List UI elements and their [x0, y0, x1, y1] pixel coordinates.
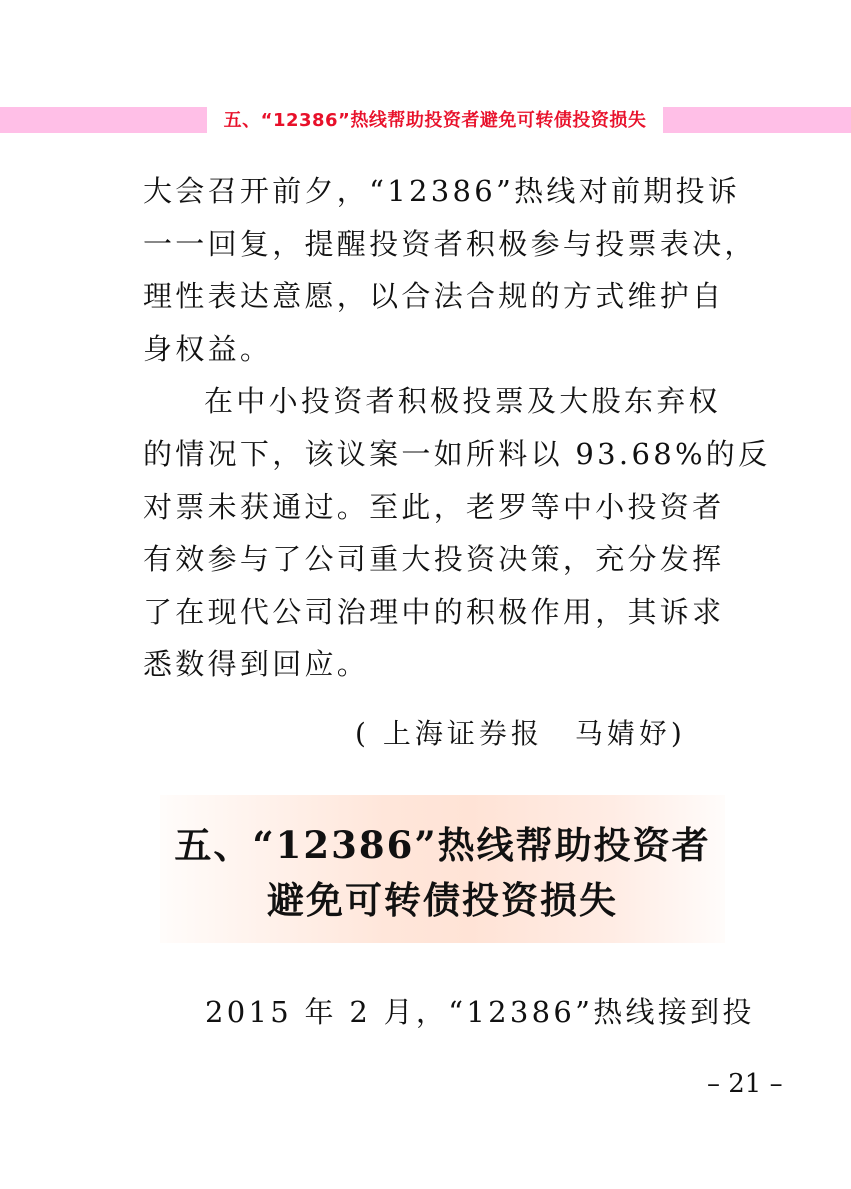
text-line: 一一回复，提醒投资者积极参与投票表决，	[143, 218, 735, 271]
header-band-right	[663, 107, 851, 133]
text-line: 的情况下，该议案一如所料以 93.68%的反	[143, 428, 735, 481]
text-line: 对票未获通过。至此，老罗等中小投资者	[143, 481, 735, 534]
text-line: 身权益。	[143, 323, 735, 376]
text-line: 有效参与了公司重大投资决策，充分发挥	[143, 533, 735, 586]
text-line: 理性表达意愿，以合法合规的方式维护自	[143, 270, 735, 323]
section-heading: 五、“12386”热线帮助投资者 避免可转债投资损失	[160, 818, 725, 928]
paragraph-1: 大会召开前夕，“12386”热线对前期投诉 一一回复，提醒投资者积极参与投票表决…	[143, 165, 735, 375]
section-heading-line: 避免可转债投资损失	[160, 873, 725, 928]
page-number: – 21 –	[707, 1069, 783, 1099]
header-band-left	[0, 107, 207, 133]
text-line: 在中小投资者积极投票及大股东弃权	[143, 375, 735, 428]
text-line: 了在现代公司治理中的积极作用，其诉求	[143, 586, 735, 639]
section-heading-line: 五、“12386”热线帮助投资者	[160, 818, 725, 873]
byline-source: ( 上海证券报 马婧妤)	[355, 712, 686, 752]
text-line: 悉数得到回应。	[143, 638, 735, 691]
paragraph-2: 在中小投资者积极投票及大股东弃权 的情况下，该议案一如所料以 93.68%的反 …	[143, 375, 735, 691]
section-lead-text: 2015 年 2 月，“12386”热线接到投	[205, 990, 755, 1031]
running-header-title: 五、“12386”热线帮助投资者避免可转债投资损失	[207, 107, 663, 134]
body-text: 大会召开前夕，“12386”热线对前期投诉 一一回复，提醒投资者积极参与投票表决…	[143, 165, 735, 691]
text-line: 大会召开前夕，“12386”热线对前期投诉	[143, 165, 735, 218]
running-header: 五、“12386”热线帮助投资者避免可转债投资损失	[0, 107, 851, 134]
